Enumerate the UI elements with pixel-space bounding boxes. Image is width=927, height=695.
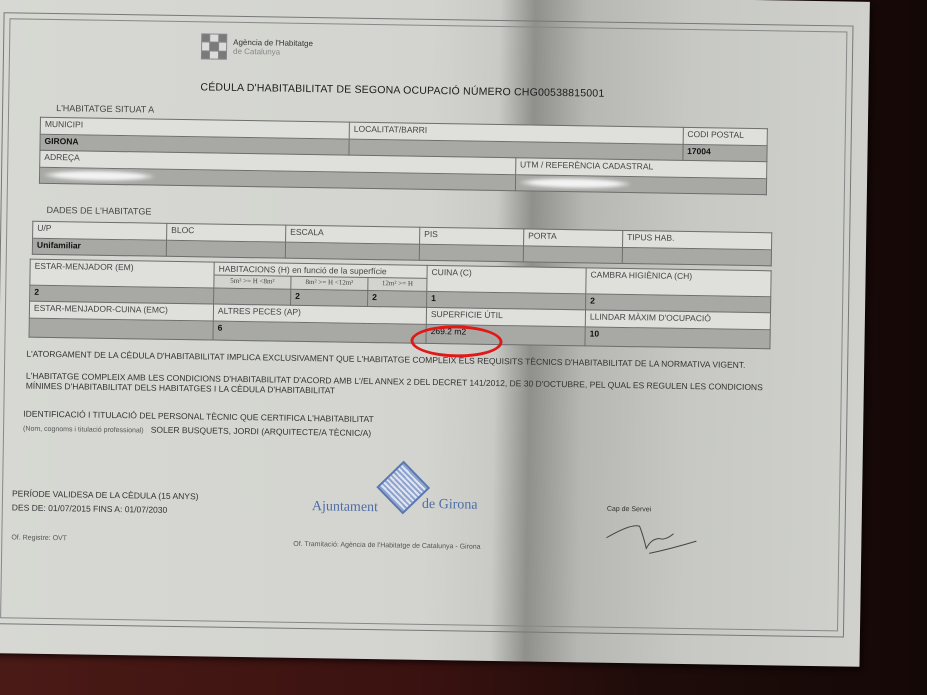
tipus-value [622, 247, 771, 265]
registre-office: Of. Registre: OVT [11, 534, 67, 542]
bloc-value [166, 240, 285, 258]
habitacions-range-medium: 8m² >= H <12m² [291, 276, 368, 290]
cuina-label: CUINA (C) [427, 265, 586, 293]
porta-label: PORTA [524, 229, 623, 248]
up-label: U/P [33, 221, 167, 240]
redaction-blur [44, 170, 154, 182]
emc-value [29, 318, 213, 340]
cambra-higienica-label: CAMBRA HIGIÈNICA (CH) [586, 268, 771, 297]
ajuntament-logo-left: Ajuntament [312, 499, 378, 516]
redaction-blur [520, 177, 630, 189]
escala-label: ESCALA [286, 225, 420, 244]
agency-logo: Agència de l'Habitatge de Catalunya [201, 33, 313, 61]
habitacions-large-value: 2 [368, 290, 427, 307]
rooms-table: ESTAR-MENJADOR (EM) HABITACIONS (H) en f… [29, 259, 772, 350]
habitacions-range-large: 12m² >= H [368, 277, 427, 291]
habitacions-medium-value: 2 [291, 289, 368, 306]
location-section-label: L'HABITATGE SITUAT A [56, 103, 154, 115]
signature-scribble [601, 518, 712, 565]
habitacions-small-value [214, 288, 291, 305]
technician-label: (Nom, cognoms i titulació professional) [23, 426, 144, 435]
pis-label: PIS [420, 227, 524, 246]
signatory-title: Cap de Servei [607, 506, 651, 514]
em-label: ESTAR-MENJADOR (EM) [30, 259, 214, 288]
habitacions-range-small: 5m² >= H <8m² [214, 275, 291, 289]
codi-postal-value: 17004 [682, 144, 767, 161]
porta-value [523, 246, 622, 264]
dwelling-section-label: DADES DE L'HABITATGE [46, 205, 151, 217]
llindar-value: 10 [585, 327, 770, 349]
certificate-paper: Agència de l'Habitatge de Catalunya CÉDU… [0, 0, 870, 667]
escala-value [285, 242, 419, 260]
pis-value [419, 244, 523, 262]
technician-name: SOLER BUSQUETS, JORDI (ARQUITECTE/A TÈCN… [151, 425, 372, 438]
agency-grid-icon [201, 33, 227, 59]
utm-value [515, 175, 766, 195]
location-table: MUNICIPI LOCALITAT/BARRI CODI POSTAL GIR… [39, 117, 768, 195]
ajuntament-logo-right: de Girona [422, 497, 478, 514]
up-value: Unifamiliar [32, 238, 166, 256]
altres-peces-value: 6 [213, 321, 426, 343]
codi-postal-label: CODI POSTAL [683, 127, 768, 145]
bloc-label: BLOC [167, 223, 286, 242]
agency-region: de Catalunya [233, 47, 313, 57]
